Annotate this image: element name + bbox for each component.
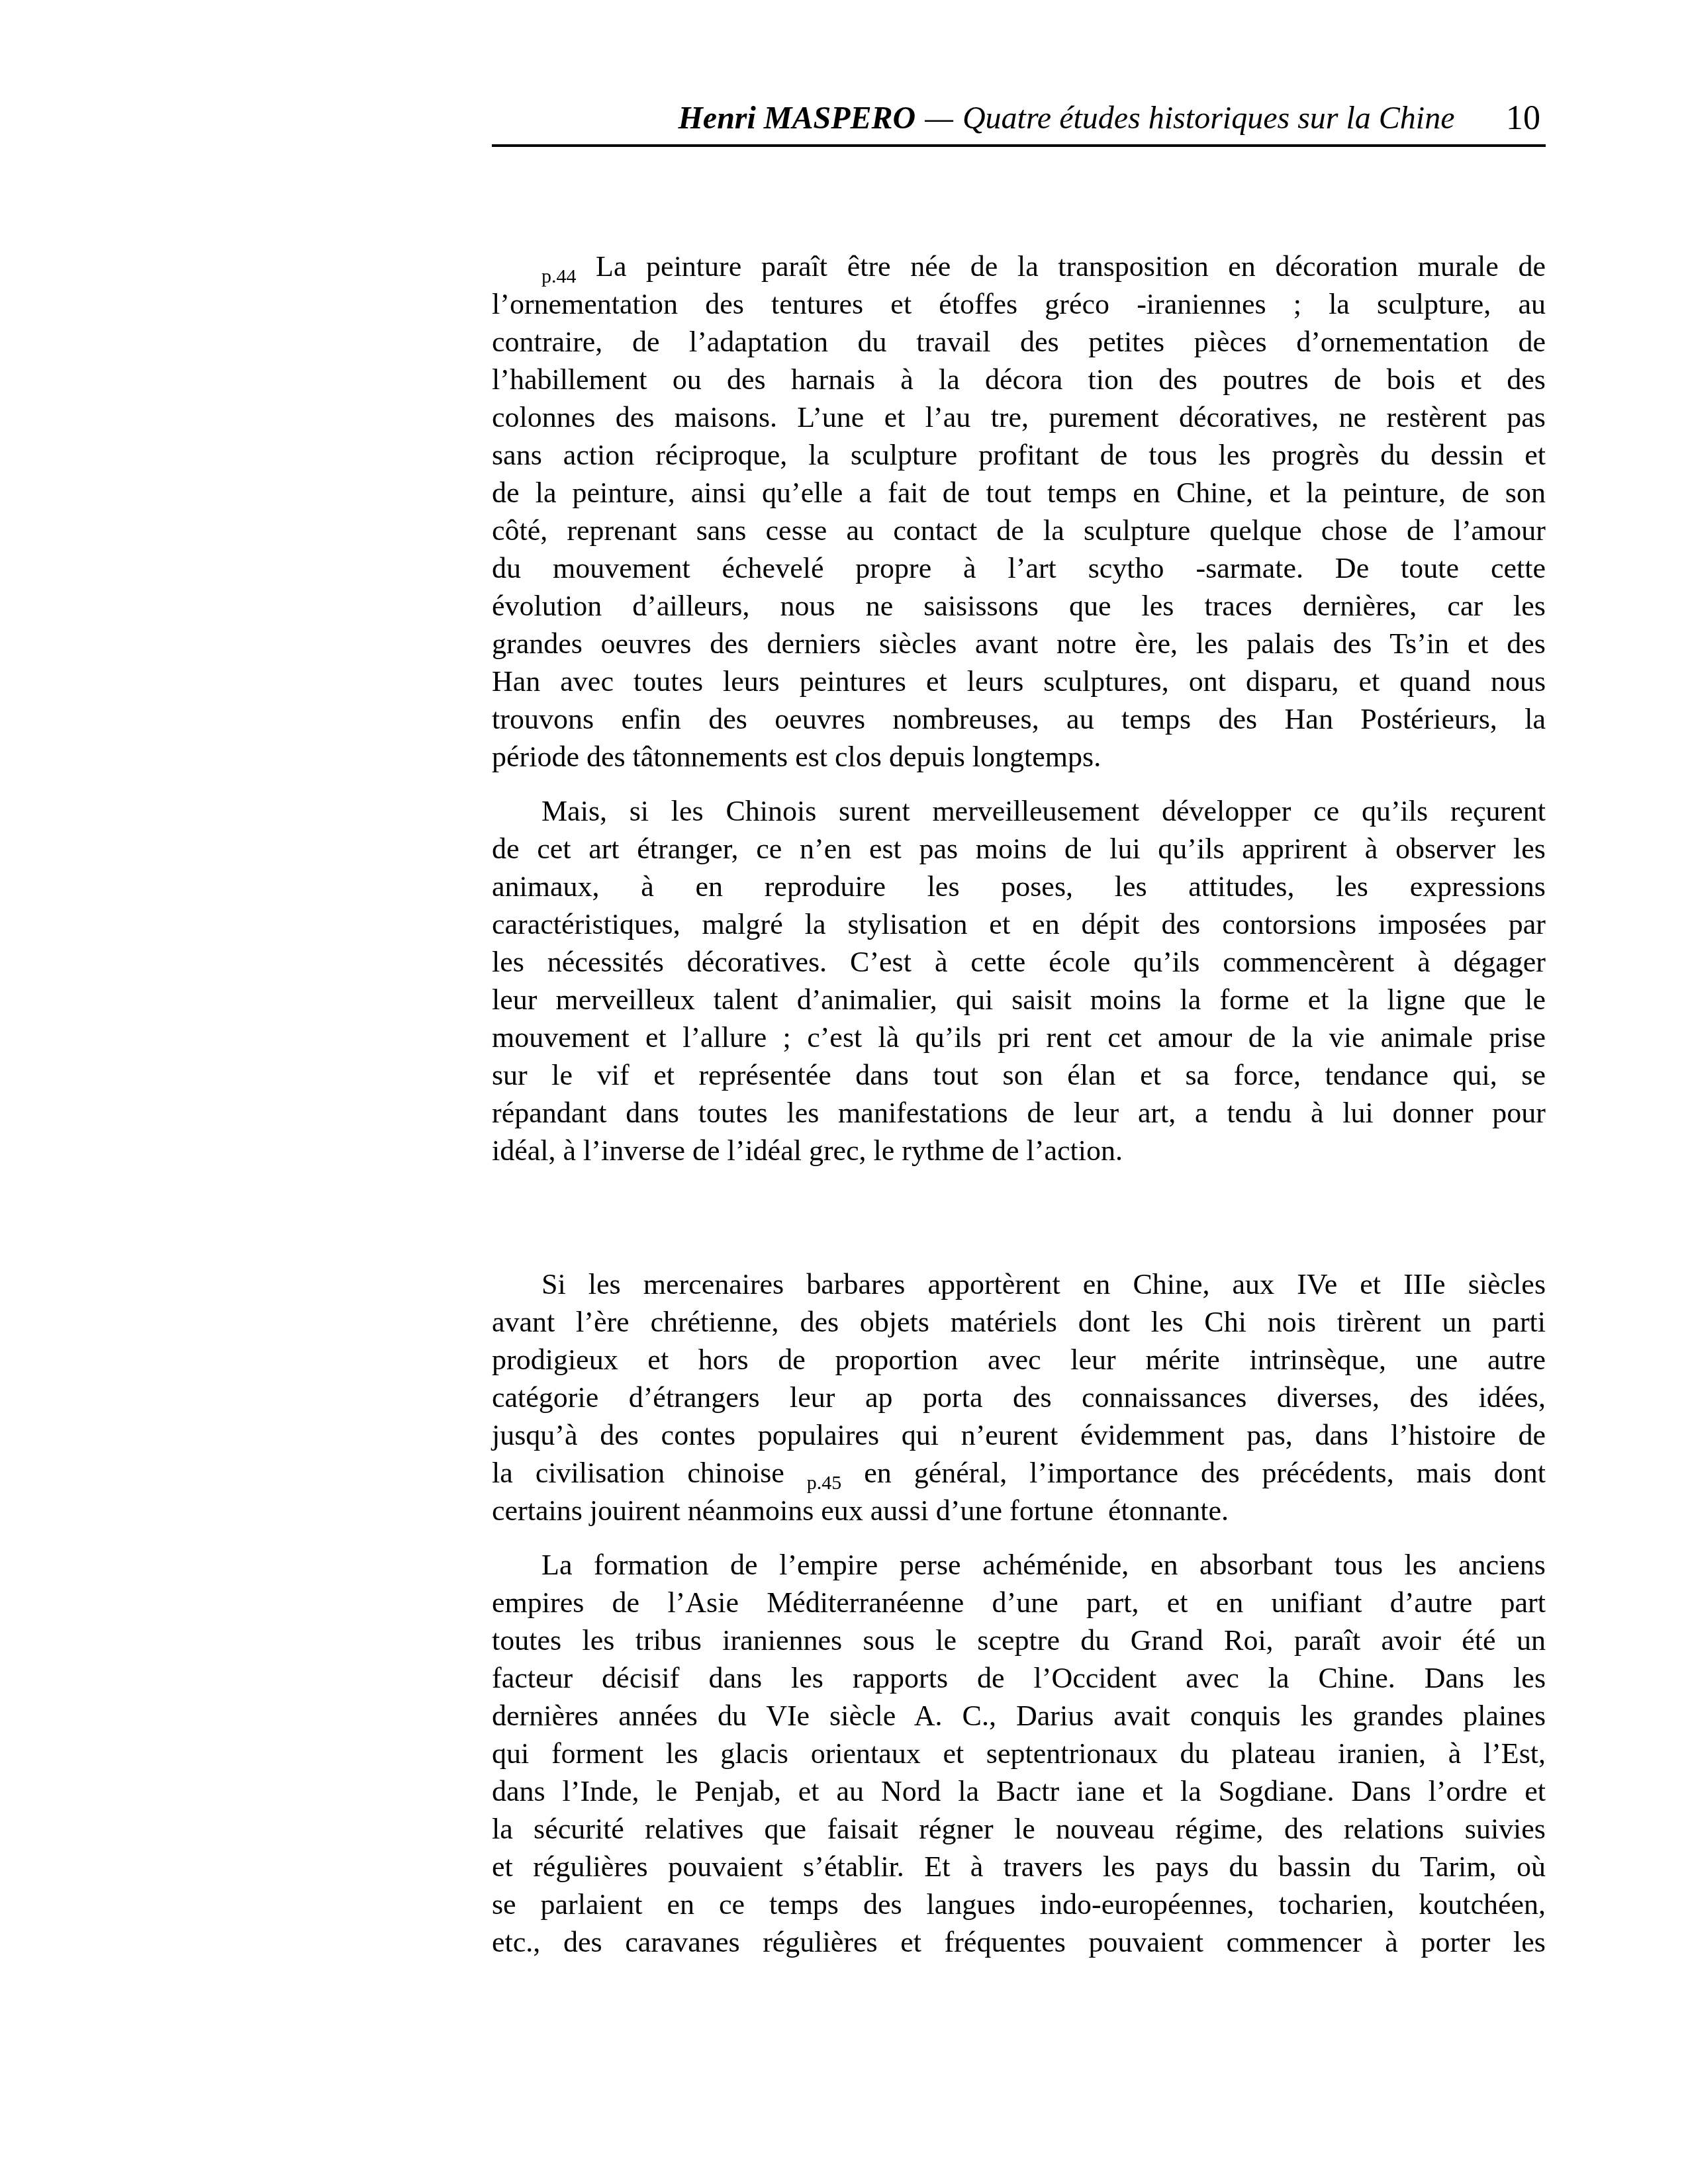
text-line: de cet art étranger, ce n’en est pas moi…	[492, 830, 1546, 868]
text-line: période des tâtonnements est clos depuis…	[492, 738, 1546, 776]
text-line: les nécessités décoratives. C’est à cett…	[492, 943, 1546, 981]
paragraph: Mais, si les Chinois surent merveilleuse…	[492, 792, 1546, 1169]
text-line: animaux, à en reproduire les poses, les …	[492, 868, 1546, 905]
text-line: Mais, si les Chinois surent merveilleuse…	[492, 792, 1546, 830]
text-line: l’habillement ou des harnais à la décora…	[492, 361, 1546, 398]
header-author: Henri MASPERO	[679, 101, 916, 136]
paragraph: La formation de l’empire perse achéménid…	[492, 1546, 1546, 1961]
page-number: 10	[1506, 98, 1540, 139]
text-line: l’ornementation des tentures et étoffes …	[492, 285, 1546, 323]
page-marker: p.44	[541, 265, 577, 287]
text-line: côté, reprenant sans cesse au contact de…	[492, 512, 1546, 549]
text-line: dans l’Inde, le Penjab, et au Nord la Ba…	[492, 1772, 1546, 1810]
text-line: avant l’ère chrétienne, des objets matér…	[492, 1303, 1546, 1341]
document-page: Henri MASPERO—Quatre études historiques …	[0, 0, 1688, 2184]
paragraph: p.44 La peinture paraît être née de la t…	[492, 248, 1546, 776]
text-line: caractéristiques, malgré la stylisation …	[492, 905, 1546, 943]
page-marker: p.45	[807, 1472, 842, 1494]
running-title: Henri MASPERO—Quatre études historiques …	[492, 98, 1546, 139]
header-rule	[492, 144, 1546, 147]
page-header: Henri MASPERO—Quatre études historiques …	[492, 98, 1546, 139]
text-line: contraire, de l’adaptation du travail de…	[492, 323, 1546, 361]
text-line: La formation de l’empire perse achéménid…	[492, 1546, 1546, 1584]
text-line: empires de l’Asie Méditerranéenne d’une …	[492, 1584, 1546, 1621]
text-line: la sécurité relatives que faisait régner…	[492, 1810, 1546, 1848]
text-line: du mouvement échevelé propre à l’art scy…	[492, 549, 1546, 587]
text-line: Han avec toutes leurs peintures et leurs…	[492, 662, 1546, 700]
text-line: toutes les tribus iraniennes sous le sce…	[492, 1621, 1546, 1659]
text-line: se parlaient en ce temps des langues ind…	[492, 1886, 1546, 1923]
text-line: et régulières pouvaient s’établir. Et à …	[492, 1848, 1546, 1886]
text-line: dernières années du VIe siècle A. C., Da…	[492, 1697, 1546, 1735]
text-line: sans action réciproque, la sculpture pro…	[492, 436, 1546, 474]
text-line: prodigieux et hors de proportion avec le…	[492, 1341, 1546, 1379]
text-line: qui forment les glacis orientaux et sept…	[492, 1735, 1546, 1772]
text-line: trouvons enfin des oeuvres nombreuses, a…	[492, 700, 1546, 738]
text-line: p.44 La peinture paraît être née de la t…	[492, 248, 1546, 285]
header-separator: —	[925, 101, 953, 136]
text-line: jusqu’à des contes populaires qui n’eure…	[492, 1416, 1546, 1454]
text-line: leur merveilleux talent d’animalier, qui…	[492, 981, 1546, 1019]
text-line: sur le vif et représentée dans tout son …	[492, 1056, 1546, 1094]
text-line: etc., des caravanes régulières et fréque…	[492, 1923, 1546, 1961]
text-line: certains jouirent néanmoins eux aussi d’…	[492, 1492, 1546, 1529]
header-work-title: Quatre études historiques sur la Chine	[962, 101, 1455, 136]
text-line: catégorie d’étrangers leur ap porta des …	[492, 1379, 1546, 1416]
body-text: p.44 La peinture paraît être née de la t…	[492, 248, 1546, 1961]
text-line: évolution d’ailleurs, nous ne saisissons…	[492, 587, 1546, 625]
text-line: la civilisation chinoise p.45 en général…	[492, 1454, 1546, 1492]
text-line: colonnes des maisons. L’une et l’au tre,…	[492, 398, 1546, 436]
text-line: de la peinture, ainsi qu’elle a fait de …	[492, 474, 1546, 512]
text-line: mouvement et l’allure ; c’est là qu’ils …	[492, 1019, 1546, 1056]
text-line: facteur décisif dans les rapports de l’O…	[492, 1659, 1546, 1697]
paragraph: Si les mercenaires barbares apportèrent …	[492, 1265, 1546, 1529]
text-line: idéal, à l’inverse de l’idéal grec, le r…	[492, 1132, 1546, 1169]
text-line: grandes oeuvres des derniers siècles ava…	[492, 625, 1546, 662]
text-line: Si les mercenaires barbares apportèrent …	[492, 1265, 1546, 1303]
text-line: répandant dans toutes les manifestations…	[492, 1094, 1546, 1132]
